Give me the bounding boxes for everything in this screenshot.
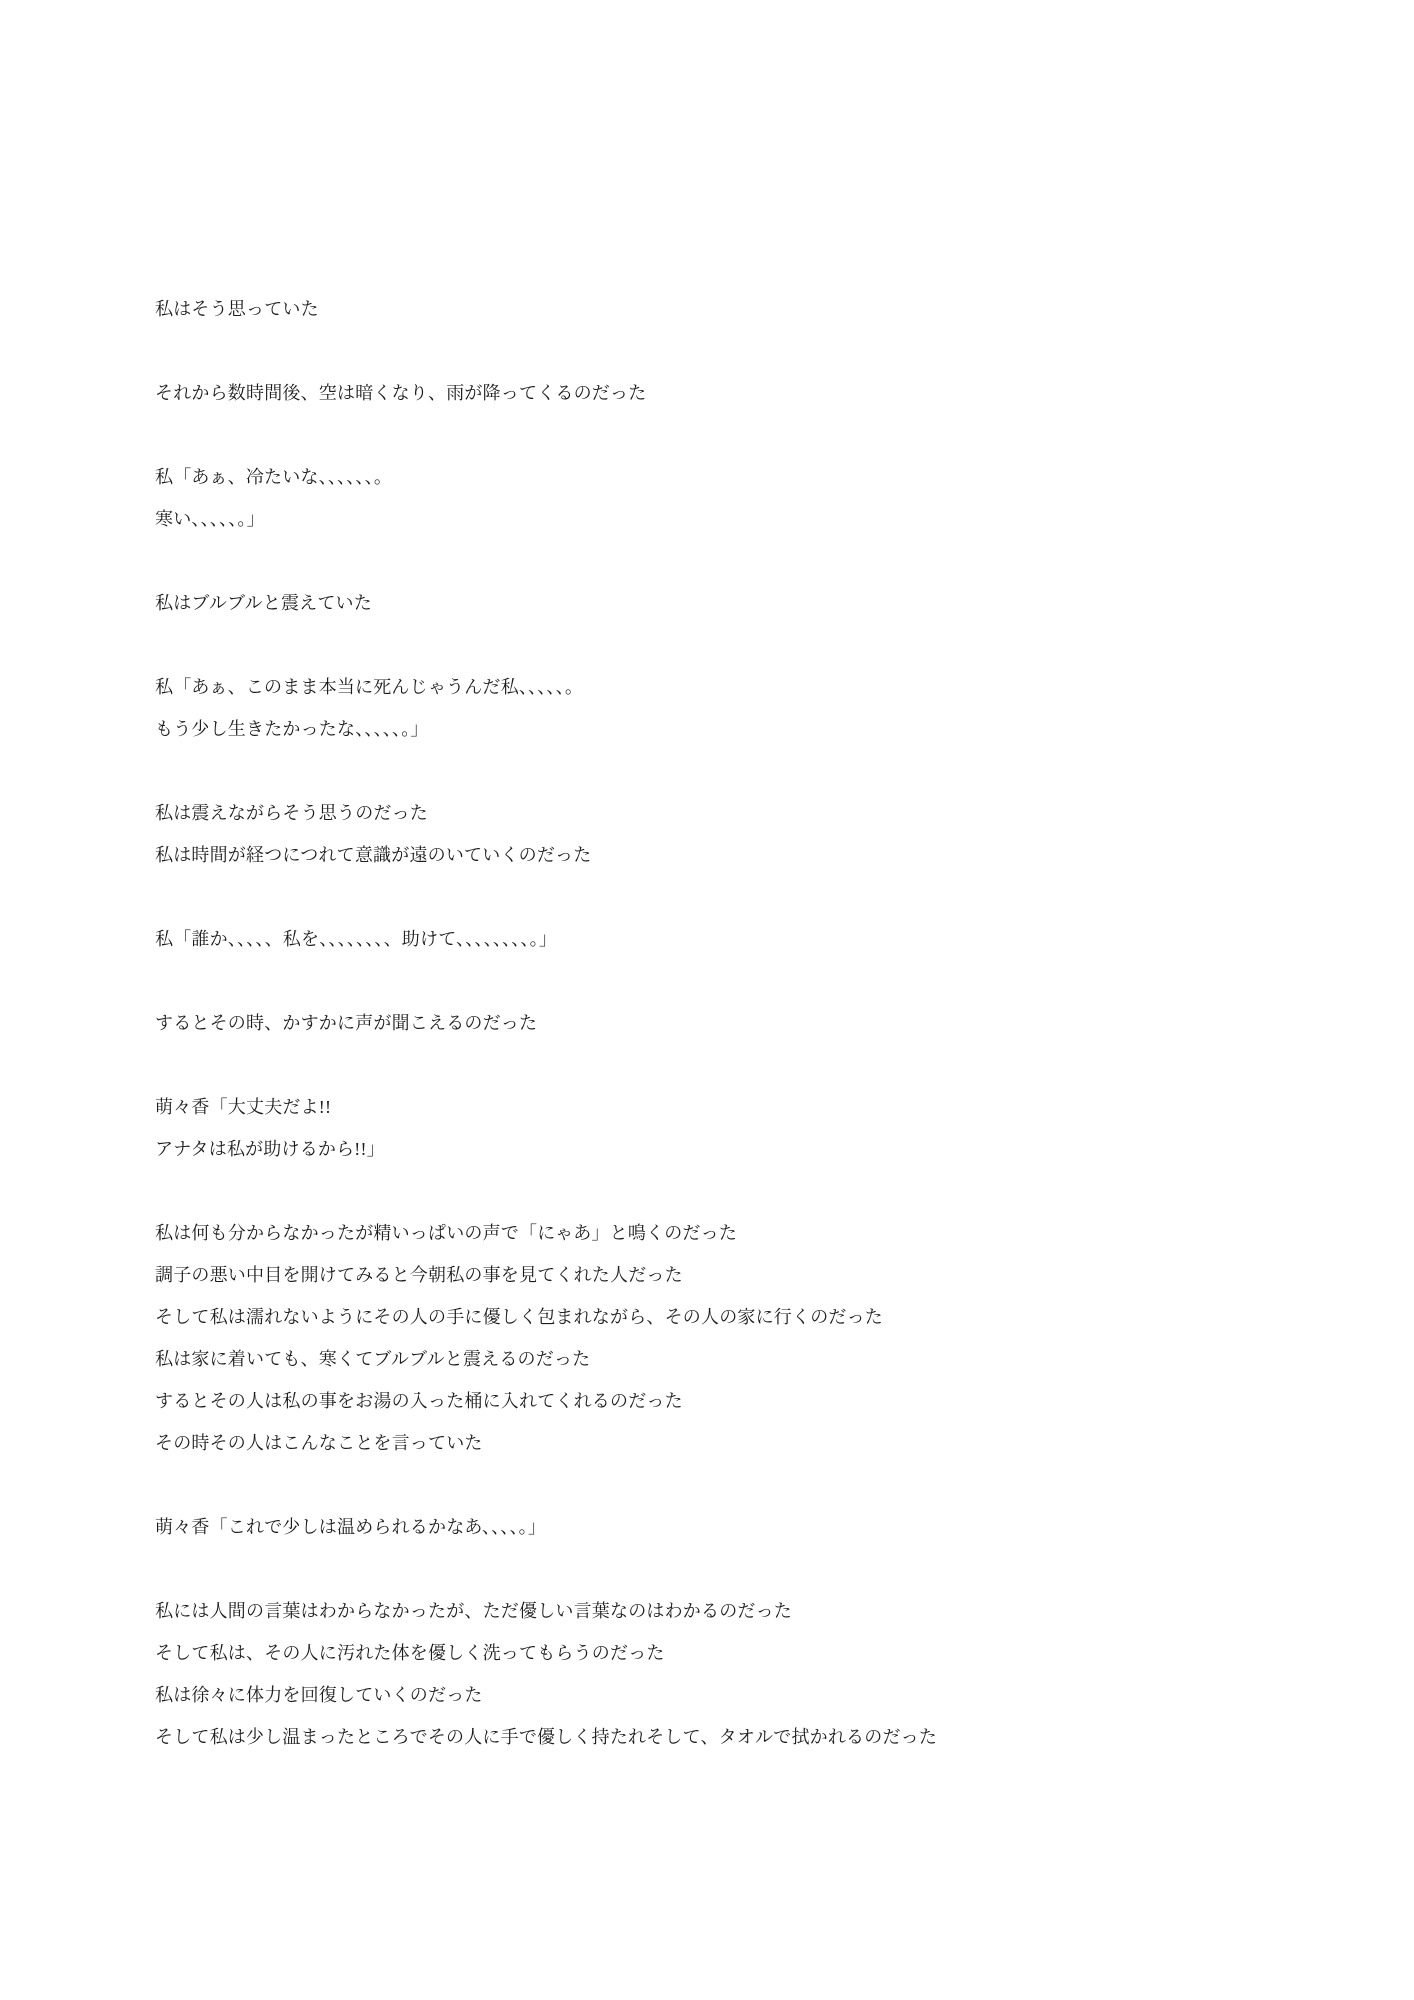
paragraph: 私はブルブルと震えていた xyxy=(155,582,1354,624)
text-line: 私はそう思っていた xyxy=(155,288,1354,330)
paragraph: するとその時、かすかに声が聞こえるのだった xyxy=(155,1002,1354,1044)
text-line: 寒い、、、、、。」 xyxy=(155,498,1354,540)
text-line: それから数時間後、空は暗くなり、雨が降ってくるのだった xyxy=(155,372,1354,414)
paragraph: それから数時間後、空は暗くなり、雨が降ってくるのだった xyxy=(155,372,1354,414)
text-line: 萌々香「これで少しは温められるかなあ、、、、。」 xyxy=(155,1506,1354,1548)
text-line: アナタは私が助けるから!!」 xyxy=(155,1128,1354,1170)
paragraph: 私「あぁ、冷たいな、、、、、、。寒い、、、、、。」 xyxy=(155,456,1354,540)
text-line: 私「あぁ、このまま本当に死んじゃうんだ私、、、、、。 xyxy=(155,666,1354,708)
text-line: 私はブルブルと震えていた xyxy=(155,582,1354,624)
text-line: 私は家に着いても、寒くてブルブルと震えるのだった xyxy=(155,1338,1354,1380)
text-line: するとその人は私の事をお湯の入った桶に入れてくれるのだった xyxy=(155,1380,1354,1422)
text-line: そして私は濡れないようにその人の手に優しく包まれながら、その人の家に行くのだった xyxy=(155,1296,1354,1338)
text-line: 萌々香「大丈夫だよ!! xyxy=(155,1086,1354,1128)
text-line: その時その人はこんなことを言っていた xyxy=(155,1422,1354,1464)
paragraph: 私「あぁ、このまま本当に死んじゃうんだ私、、、、、。もう少し生きたかったな、、、… xyxy=(155,666,1354,750)
paragraph: 私「誰か、、、、、私を、、、、、、、、助けて、、、、、、、、。」 xyxy=(155,918,1354,960)
paragraph: 萌々香「大丈夫だよ!!アナタは私が助けるから!!」 xyxy=(155,1086,1354,1170)
text-line: するとその時、かすかに声が聞こえるのだった xyxy=(155,1002,1354,1044)
text-line: 私は徐々に体力を回復していくのだった xyxy=(155,1674,1354,1716)
text-line: 私は時間が経つにつれて意識が遠のいていくのだった xyxy=(155,834,1354,876)
paragraph: 私には人間の言葉はわからなかったが、ただ優しい言葉なのはわかるのだったそして私は… xyxy=(155,1590,1354,1758)
paragraph: 私は震えながらそう思うのだった私は時間が経つにつれて意識が遠のいていくのだった xyxy=(155,792,1354,876)
text-line: そして私は、その人に汚れた体を優しく洗ってもらうのだった xyxy=(155,1632,1354,1674)
text-line: 私「誰か、、、、、私を、、、、、、、、助けて、、、、、、、、。」 xyxy=(155,918,1354,960)
paragraph: 私はそう思っていた xyxy=(155,288,1354,330)
text-line: 私は震えながらそう思うのだった xyxy=(155,792,1354,834)
paragraph: 私は何も分からなかったが精いっぱいの声で「にゃあ」と鳴くのだった調子の悪い中目を… xyxy=(155,1212,1354,1464)
text-line: 私「あぁ、冷たいな、、、、、、。 xyxy=(155,456,1354,498)
text-line: そして私は少し温まったところでその人に手で優しく持たれそして、タオルで拭かれるの… xyxy=(155,1716,1354,1758)
text-line: 調子の悪い中目を開けてみると今朝私の事を見てくれた人だった xyxy=(155,1254,1354,1296)
text-line: 私は何も分からなかったが精いっぱいの声で「にゃあ」と鳴くのだった xyxy=(155,1212,1354,1254)
paragraph: 萌々香「これで少しは温められるかなあ、、、、。」 xyxy=(155,1506,1354,1548)
text-line: もう少し生きたかったな、、、、、。」 xyxy=(155,708,1354,750)
story-text: 私はそう思っていたそれから数時間後、空は暗くなり、雨が降ってくるのだった私「あぁ… xyxy=(155,288,1354,1800)
document-page: 私はそう思っていたそれから数時間後、空は暗くなり、雨が降ってくるのだった私「あぁ… xyxy=(0,0,1414,2000)
text-line: 私には人間の言葉はわからなかったが、ただ優しい言葉なのはわかるのだった xyxy=(155,1590,1354,1632)
